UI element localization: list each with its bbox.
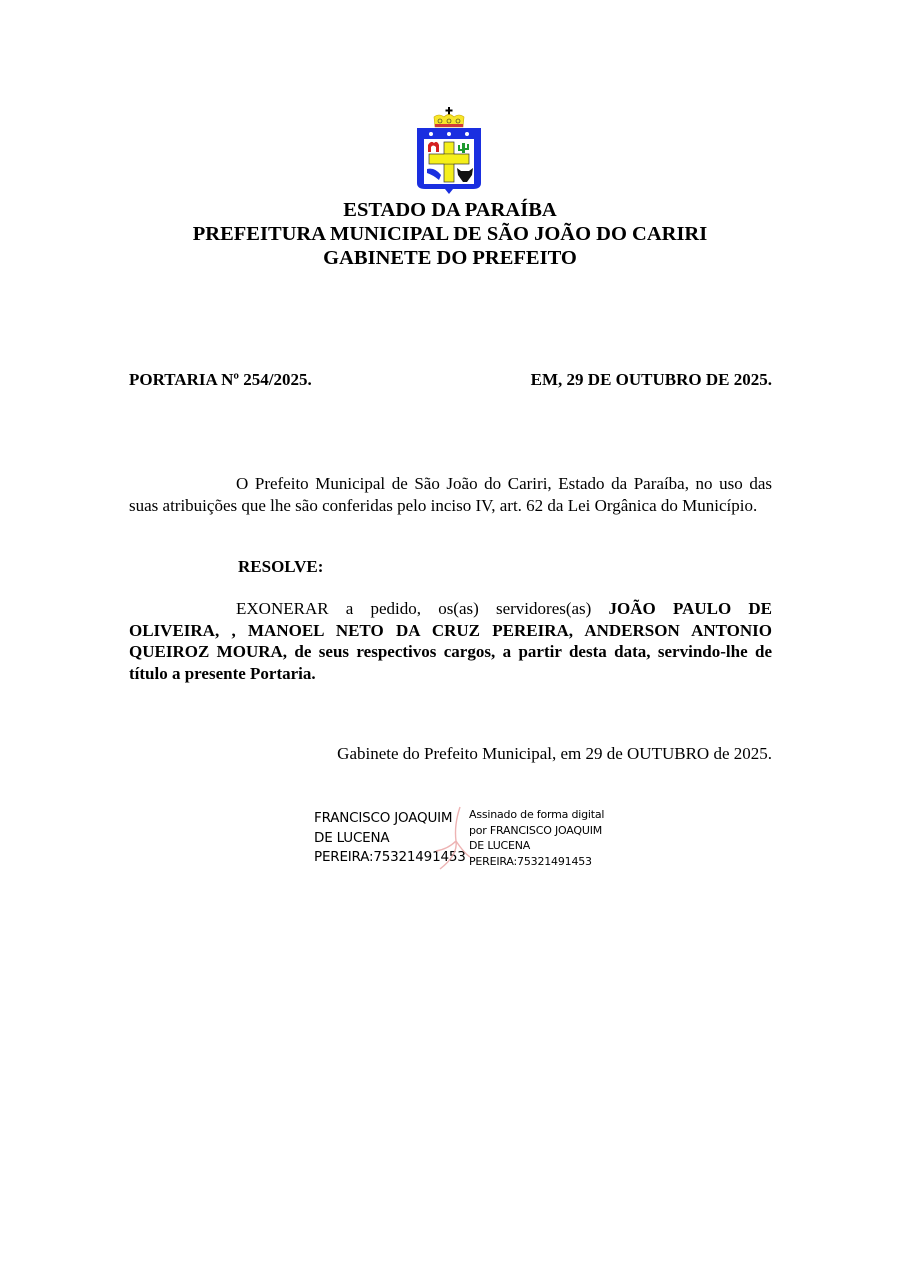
intro-paragraph: O Prefeito Municipal de São João do Cari…	[129, 473, 772, 516]
signature-detail-line: PEREIRA:75321491453	[469, 854, 604, 870]
intro-text: O Prefeito Municipal de São João do Cari…	[129, 474, 772, 515]
signature-detail-line: Assinado de forma digital	[469, 807, 604, 823]
signature-detail-line: por FRANCISCO JOAQUIM	[469, 823, 604, 839]
signature-detail-line: DE LUCENA	[469, 838, 604, 854]
digital-signature[interactable]: FRANCISCO JOAQUIM DE LUCENA PEREIRA:7532…	[314, 805, 634, 875]
resolve-label: RESOLVE:	[238, 557, 323, 577]
header-office: GABINETE DO PREFEITO	[0, 246, 900, 270]
adobe-signature-icon	[432, 805, 472, 873]
reference-line: PORTARIA Nº 254/2025. EM, 29 DE OUTUBRO …	[129, 370, 772, 390]
header-state: ESTADO DA PARAÍBA	[0, 198, 900, 222]
header-prefecture: PREFEITURA MUNICIPAL DE SÃO JOÃO DO CARI…	[0, 222, 900, 246]
document-header: ESTADO DA PARAÍBA PREFEITURA MUNICIPAL D…	[0, 198, 900, 270]
coat-of-arms-icon	[415, 107, 483, 195]
decree-lead: EXONERAR a pedido, os(as) servidores(as)	[236, 599, 609, 618]
signature-details: Assinado de forma digital por FRANCISCO …	[469, 807, 604, 869]
closing-line: Gabinete do Prefeito Municipal, em 29 de…	[300, 744, 772, 764]
portaria-date: EM, 29 DE OUTUBRO DE 2025.	[531, 370, 772, 390]
portaria-number: PORTARIA Nº 254/2025.	[129, 370, 312, 390]
decree-paragraph: EXONERAR a pedido, os(as) servidores(as)…	[129, 598, 772, 684]
